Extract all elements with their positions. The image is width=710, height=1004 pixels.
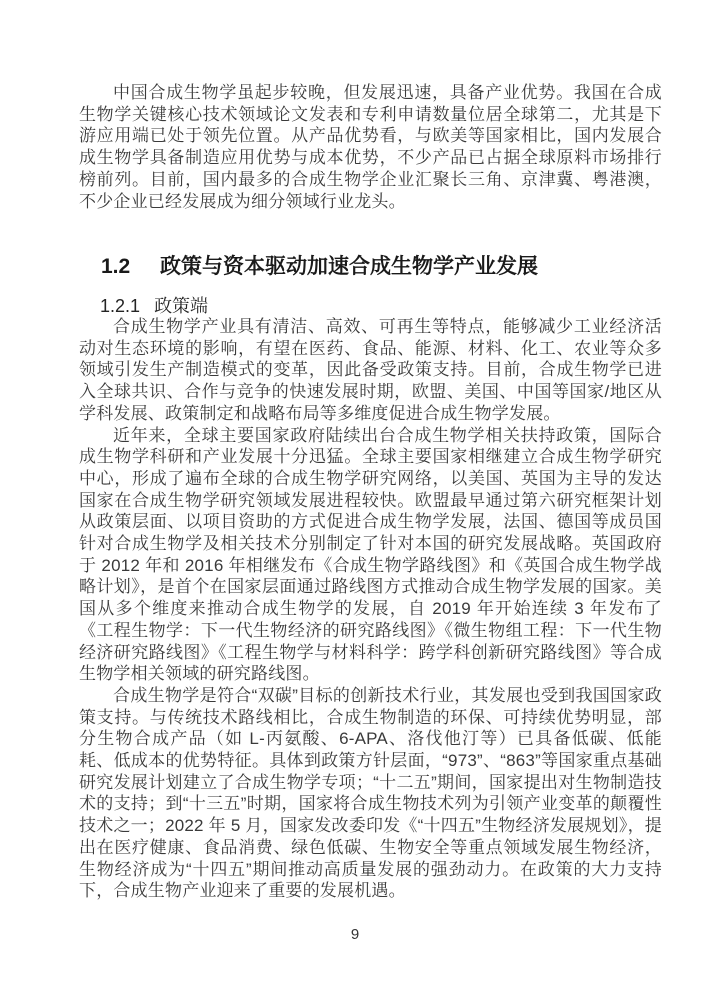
document-page: 中国合成生物学虽起步较晚，但发展迅速，具备产业优势。我国在合成生物学关键核心技术… bbox=[0, 0, 710, 1004]
page-number: 9 bbox=[0, 926, 710, 943]
section-title: 政策与资本驱动加速合成生物学产业发展 bbox=[160, 255, 538, 278]
subsection-number: 1.2.1 bbox=[100, 296, 140, 317]
body-text-block: 合成生物学产业具有清洁、高效、可再生等特点，能够减少工业经济活动对生态环境的影响… bbox=[79, 316, 662, 902]
policy-overview-paragraph: 合成生物学产业具有清洁、高效、可再生等特点，能够减少工业经济活动对生态环境的影响… bbox=[79, 316, 662, 425]
intro-paragraph: 中国合成生物学虽起步较晚，但发展迅速，具备产业优势。我国在合成生物学关键核心技术… bbox=[79, 82, 662, 212]
section-heading-1-2: 1.2 政策与资本驱动加速合成生物学产业发展 bbox=[101, 250, 538, 280]
china-policy-paragraph: 合成生物学是符合“双碳”目标的创新技术行业，其发展也受到我国国家政策支持。与传统… bbox=[79, 685, 662, 902]
subsection-title: 政策端 bbox=[154, 296, 208, 316]
section-number: 1.2 bbox=[101, 255, 130, 279]
subsection-heading-1-2-1: 1.2.1 政策端 bbox=[100, 292, 208, 318]
global-policy-paragraph: 近年来，全球主要国家政府陆续出台合成生物学相关扶持政策，国际合成生物学科研和产业… bbox=[79, 425, 662, 685]
